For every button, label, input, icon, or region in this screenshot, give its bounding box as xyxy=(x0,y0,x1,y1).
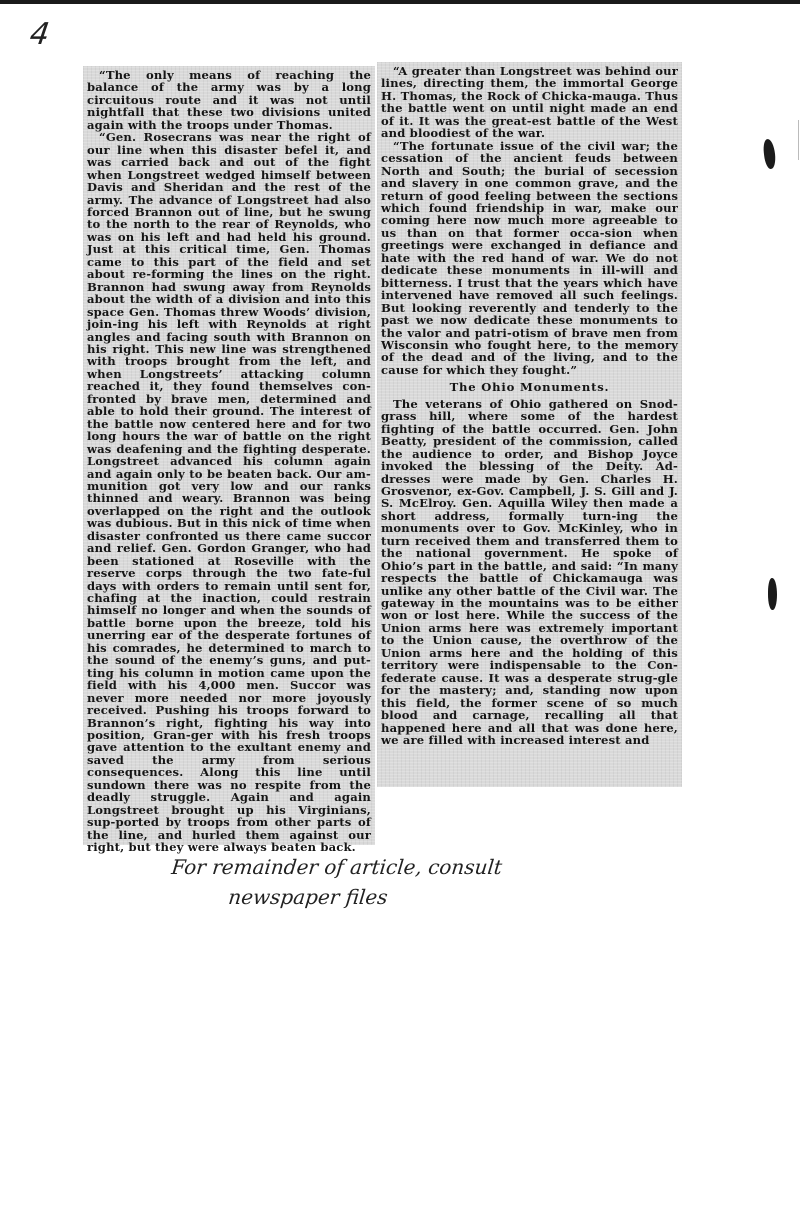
scan-top-edge xyxy=(0,0,800,4)
handwritten-note-line-1: For remainder of article, consult xyxy=(170,855,503,879)
paragraph: “A greater than Longstreet was behind ou… xyxy=(381,65,678,140)
paragraph: “The fortunate issue of the civil war; t… xyxy=(381,140,678,377)
handwritten-note: For remainder of article, consult newspa… xyxy=(167,852,633,912)
right-column-text: “A greater than Longstreet was behind ou… xyxy=(381,65,678,746)
section-heading: The Ohio Monuments. xyxy=(381,381,678,393)
paragraph: “The only means of reaching the balance … xyxy=(87,69,371,131)
binding-hole-mark-icon xyxy=(768,578,777,610)
scan-edge-line xyxy=(798,120,799,160)
paragraph: The veterans of Ohio gathered on Snod-gr… xyxy=(381,398,678,747)
article-column-left: “The only means of reaching the balance … xyxy=(83,66,375,845)
article-column-right: “A greater than Longstreet was behind ou… xyxy=(377,62,682,787)
page-number: 4 xyxy=(28,20,51,50)
binding-hole-mark-icon xyxy=(762,139,776,170)
handwritten-note-line-2: newspaper files xyxy=(167,882,630,912)
left-column-text: “The only means of reaching the balance … xyxy=(87,69,371,854)
paragraph: “Gen. Rosecrans was near the right of ou… xyxy=(87,131,371,853)
